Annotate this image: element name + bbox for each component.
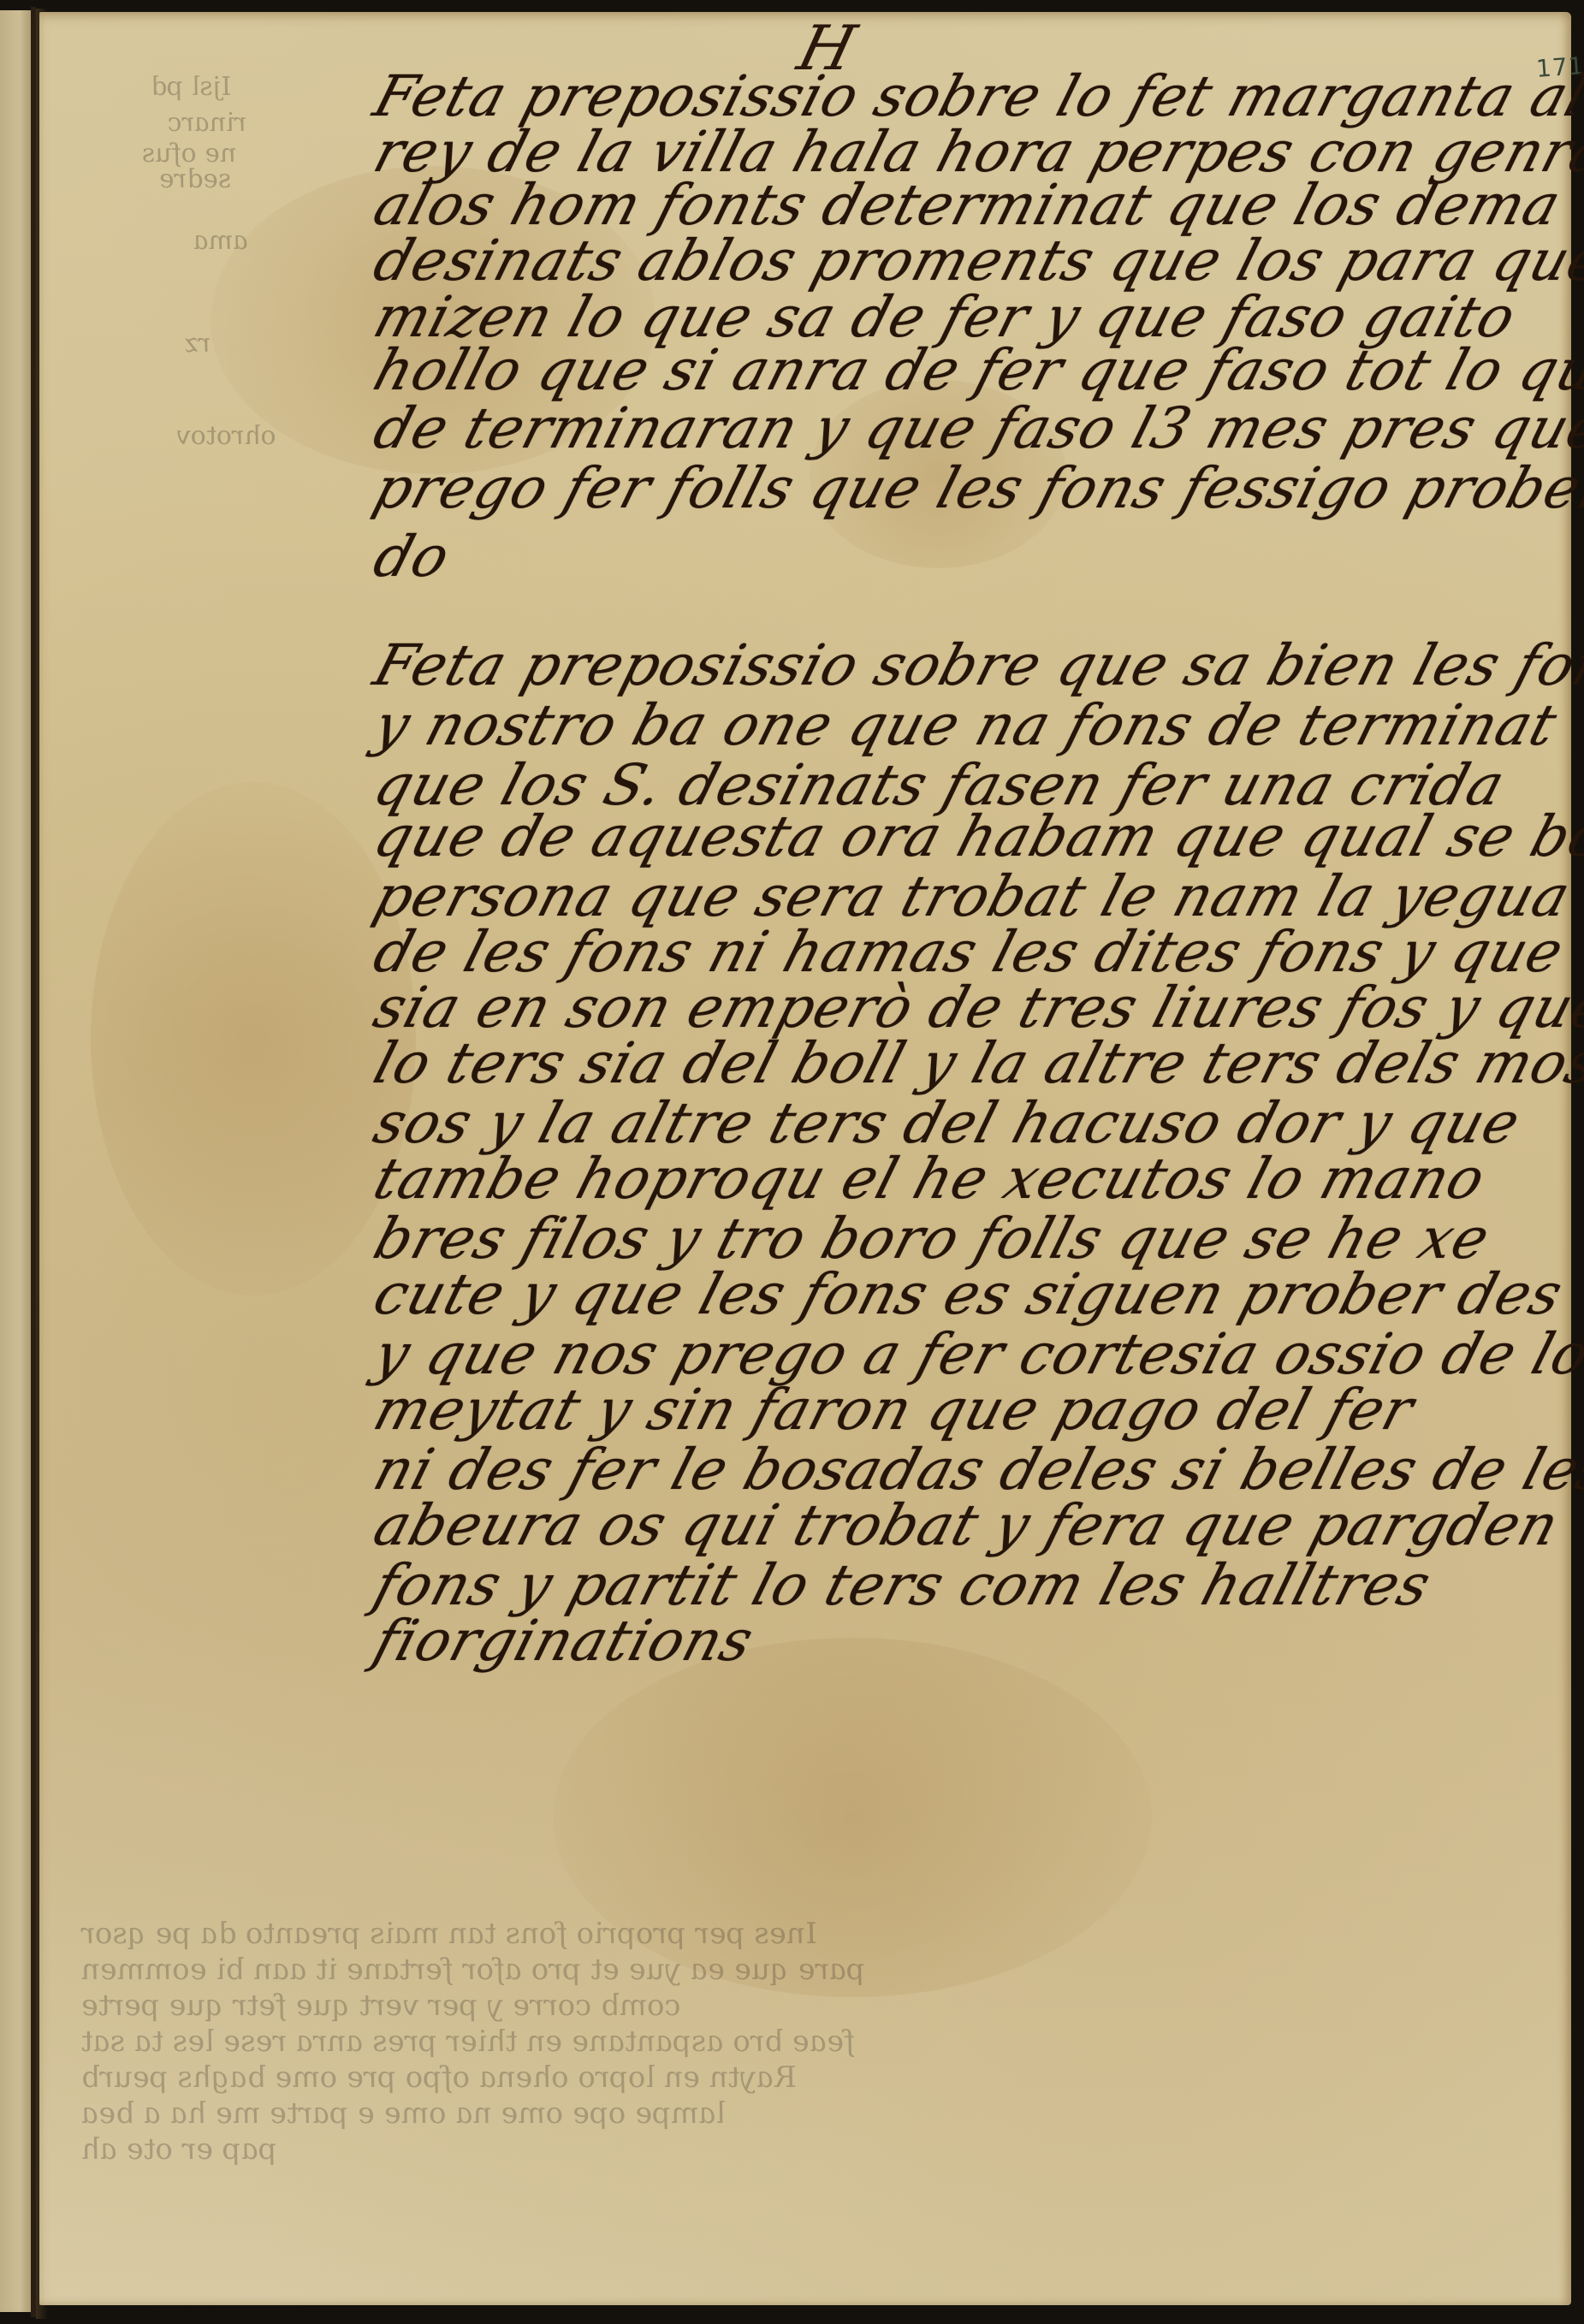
bleed-through-line: pare que ea yue et pro afor fertane it a…	[78, 1953, 868, 1987]
bleed-through-note: sedre	[157, 164, 234, 194]
manuscript-line: desinats ablos proments que los para que	[368, 233, 1584, 289]
manuscript-line: lo ters sia del boll y la altre ters del…	[368, 1035, 1584, 1092]
bleed-through-line: comb corre y per vert que fetr que perte	[78, 1989, 684, 2023]
manuscript-line: sos y la altre ters del hacuso dor y que	[368, 1095, 1527, 1152]
manuscript-line: hollo que si anra de fer que faso tot lo…	[368, 342, 1584, 399]
bleed-through-note: ama	[191, 226, 251, 256]
manuscript-line: alos hom fonts determinat que los dema	[368, 177, 1567, 234]
bleed-through-line: feae bro aspantane en thier pres anra re…	[78, 2025, 857, 2059]
manuscript-line: bres filos y tro boro folls que se he xe	[368, 1211, 1496, 1267]
bleed-through-note: ohrotov	[174, 421, 279, 451]
bleed-through-note: Ijsl pd	[148, 72, 234, 102]
manuscript-line: meytat y sin faron que pago del fer	[368, 1382, 1420, 1438]
manuscript-line: sia en son emperò de tres liures fos y q…	[368, 980, 1584, 1036]
bleed-through-line: lampe ope ome na ome e parte me ha a bea	[78, 2096, 728, 2131]
manuscript-line: prego fer folls que les fons fessigo pro…	[368, 460, 1584, 517]
manuscript-line: Feta preposissio sobre lo fet marganta a…	[368, 68, 1584, 125]
manuscript-line: fons y partit lo ters com les halltres	[368, 1557, 1437, 1614]
manuscript-line: de les fons ni hamas les dites fons y qu…	[368, 924, 1569, 981]
manuscript-line: ni des fer le bosadas deles si belles de…	[368, 1442, 1584, 1498]
manuscript-line: abeura os qui trobat y fera que pargden	[368, 1497, 1565, 1554]
manuscript-line: fiorginations	[368, 1613, 760, 1669]
manuscript-line: tambe hoproqu el he xecutos lo mano	[368, 1151, 1492, 1207]
manuscript-line: Feta preposissio sobre que sa bien les f…	[368, 637, 1584, 694]
previous-leaf-edge	[0, 10, 33, 2312]
manuscript-line: y que nos prego a fer cortesia ossio de …	[368, 1326, 1584, 1383]
manuscript-line: y nostro ba one que na fons de terminat	[368, 697, 1563, 754]
manuscript-line: cute y que les fons es siguen prober des	[368, 1266, 1569, 1323]
bleed-through-line: Raytn en lopro ohena ofpo pre ome baghs …	[78, 2060, 799, 2095]
bleed-through-note: rinarc	[165, 108, 249, 138]
bleed-through-line: Ines per proprio fons tan mais preanto d…	[78, 1917, 820, 1951]
bleed-through-note: rz	[182, 329, 213, 359]
manuscript-line: de terminaran y que faso l3 mes pres que	[368, 400, 1584, 457]
bleed-through-line: pap er ote ah	[78, 2132, 280, 2167]
manuscript-line: persona que sera trobat le nam la yegua	[368, 869, 1576, 925]
manuscript-line: que de aquesta ora habam que qual se bol…	[368, 809, 1584, 865]
